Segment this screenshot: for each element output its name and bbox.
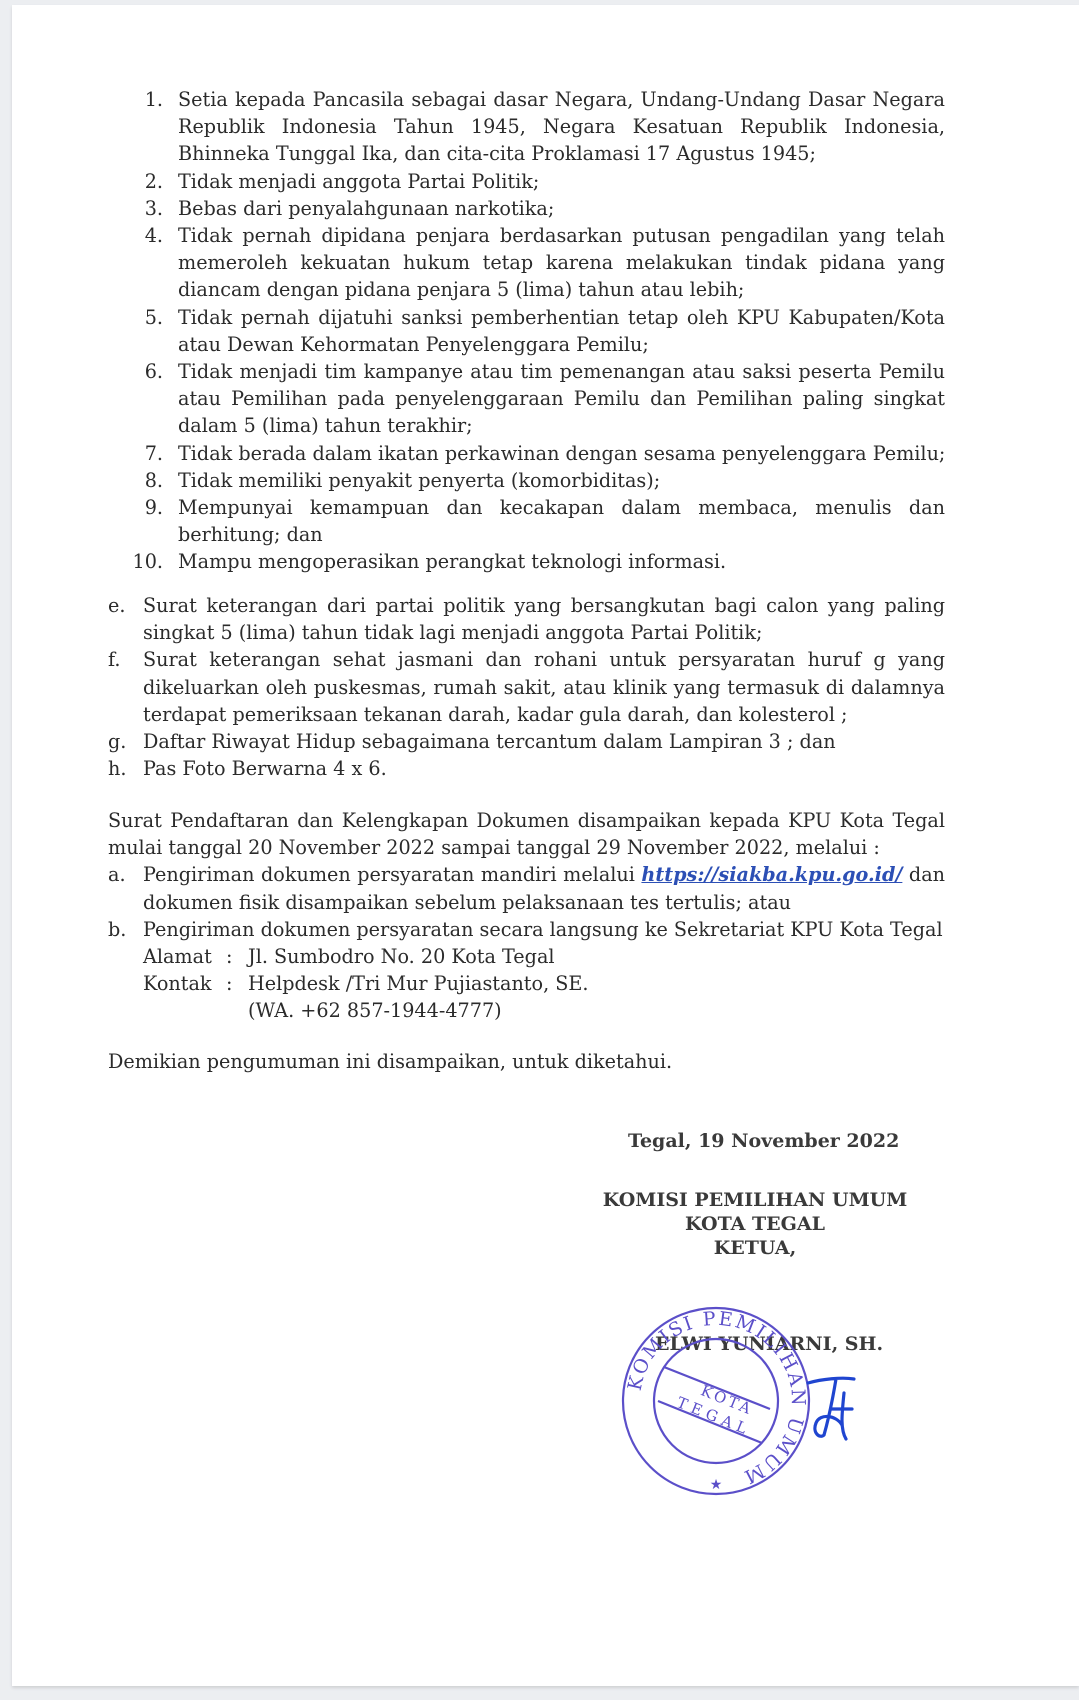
contact-label: Kontak <box>143 969 212 998</box>
document-item-text: Daftar Riwayat Hidup sebagaimana tercant… <box>143 727 836 756</box>
requirement-text: Republik Indonesia Tahun 1945, Negara Ke… <box>178 112 945 141</box>
submission-option-letter: b. <box>108 915 126 944</box>
closing-text: Demikian pengumuman ini disampaikan, unt… <box>108 1047 672 1076</box>
requirement-text: Setia kepada Pancasila sebagai dasar Neg… <box>178 85 945 114</box>
address-value: Jl. Sumbodro No. 20 Kota Tegal <box>248 942 555 971</box>
requirement-number: 8. <box>12 466 163 495</box>
document-item-letter: f. <box>108 645 121 674</box>
requirement-number: 9. <box>12 493 163 522</box>
document-item-text: Surat keterangan sehat jasmani dan rohan… <box>143 645 945 674</box>
document-item-letter: h. <box>108 754 126 783</box>
requirement-number: 4. <box>12 221 163 250</box>
requirement-text: Tidak pernah dijatuhi sanksi pemberhenti… <box>178 303 945 332</box>
requirement-text: diancam dengan pidana penjara 5 (lima) t… <box>178 275 744 304</box>
submission-option-a: Pengiriman dokumen persyaratan mandiri m… <box>143 860 945 889</box>
document-page: 1.Setia kepada Pancasila sebagai dasar N… <box>12 5 1079 1686</box>
requirement-number: 5. <box>12 303 163 332</box>
document-item-letter: g. <box>108 727 126 756</box>
requirement-text: Bhinneka Tunggal Ika, dan cita-cita Prok… <box>178 139 816 168</box>
requirement-text: Tidak memiliki penyakit penyerta (komorb… <box>178 466 660 495</box>
requirement-text: berhitung; dan <box>178 520 323 549</box>
contact-value: Helpdesk /Tri Mur Pujiastanto, SE. <box>248 969 589 998</box>
requirement-number: 1. <box>12 85 163 114</box>
requirement-text: Mempunyai kemampuan dan kecakapan dalam … <box>178 493 945 522</box>
requirement-text: Tidak berada dalam ikatan perkawinan den… <box>178 439 945 468</box>
official-stamp-icon: KOMISI PEMILIHAN UMUM KOTA TEGAL ★ <box>620 1305 812 1497</box>
requirement-number: 6. <box>12 357 163 386</box>
requirement-text: memeroleh kekuatan hukum tetap karena me… <box>178 248 945 277</box>
address-label: Alamat <box>143 942 212 971</box>
requirement-text: Mampu mengoperasikan perangkat teknologi… <box>178 547 726 576</box>
submission-intro: Surat Pendaftaran dan Kelengkapan Dokume… <box>108 806 945 835</box>
svg-text:★: ★ <box>710 1477 723 1493</box>
org-name-line2: KOTA TEGAL <box>12 1211 1079 1237</box>
requirement-text: atau Pemilihan pada penyelenggaraan Pemi… <box>178 384 945 413</box>
signer-role: KETUA, <box>12 1235 1079 1261</box>
submission-option-a-cont: dokumen fisik disampaikan sebelum pelaks… <box>143 888 791 917</box>
document-item-text: dikeluarkan oleh puskesmas, rumah sakit,… <box>143 673 945 702</box>
siakba-link[interactable]: https://siakba.kpu.go.id/ <box>641 863 902 886</box>
requirement-text: Tidak menjadi tim kampanye atau tim peme… <box>178 357 945 386</box>
requirement-text: Bebas dari penyalahgunaan narkotika; <box>178 194 554 223</box>
document-item-text: terdapat pemeriksaan tekanan darah, kada… <box>143 700 848 729</box>
document-item-letter: e. <box>108 591 125 620</box>
contact-phone: (WA. +62 857-1944-4777) <box>248 996 502 1025</box>
requirement-number: 10. <box>12 547 163 576</box>
requirement-text: Tidak menjadi anggota Partai Politik; <box>178 167 539 196</box>
org-name-line1: KOMISI PEMILIHAN UMUM <box>12 1187 1079 1213</box>
contact-colon: : <box>226 969 232 998</box>
requirement-number: 2. <box>12 167 163 196</box>
address-colon: : <box>226 942 232 971</box>
document-item-text: singkat 5 (lima) tahun tidak lagi menjad… <box>143 618 762 647</box>
requirement-number: 3. <box>12 194 163 223</box>
submission-option-letter: a. <box>108 860 126 889</box>
requirement-number: 7. <box>12 439 163 468</box>
submission-intro: mulai tanggal 20 November 2022 sampai ta… <box>108 833 880 862</box>
document-item-text: Surat keterangan dari partai politik yan… <box>143 591 945 620</box>
document-item-text: Pas Foto Berwarna 4 x 6. <box>143 754 387 783</box>
place-date: Tegal, 19 November 2022 <box>628 1128 899 1154</box>
requirement-text: atau Dewan Kehormatan Penyelenggara Pemi… <box>178 330 649 359</box>
requirement-text: dalam 5 (lima) tahun terakhir; <box>178 411 473 440</box>
requirement-text: Tidak pernah dipidana penjara berdasarka… <box>178 221 945 250</box>
signature-icon <box>802 1373 862 1443</box>
submission-option-b: Pengiriman dokumen persyaratan secara la… <box>143 915 943 944</box>
